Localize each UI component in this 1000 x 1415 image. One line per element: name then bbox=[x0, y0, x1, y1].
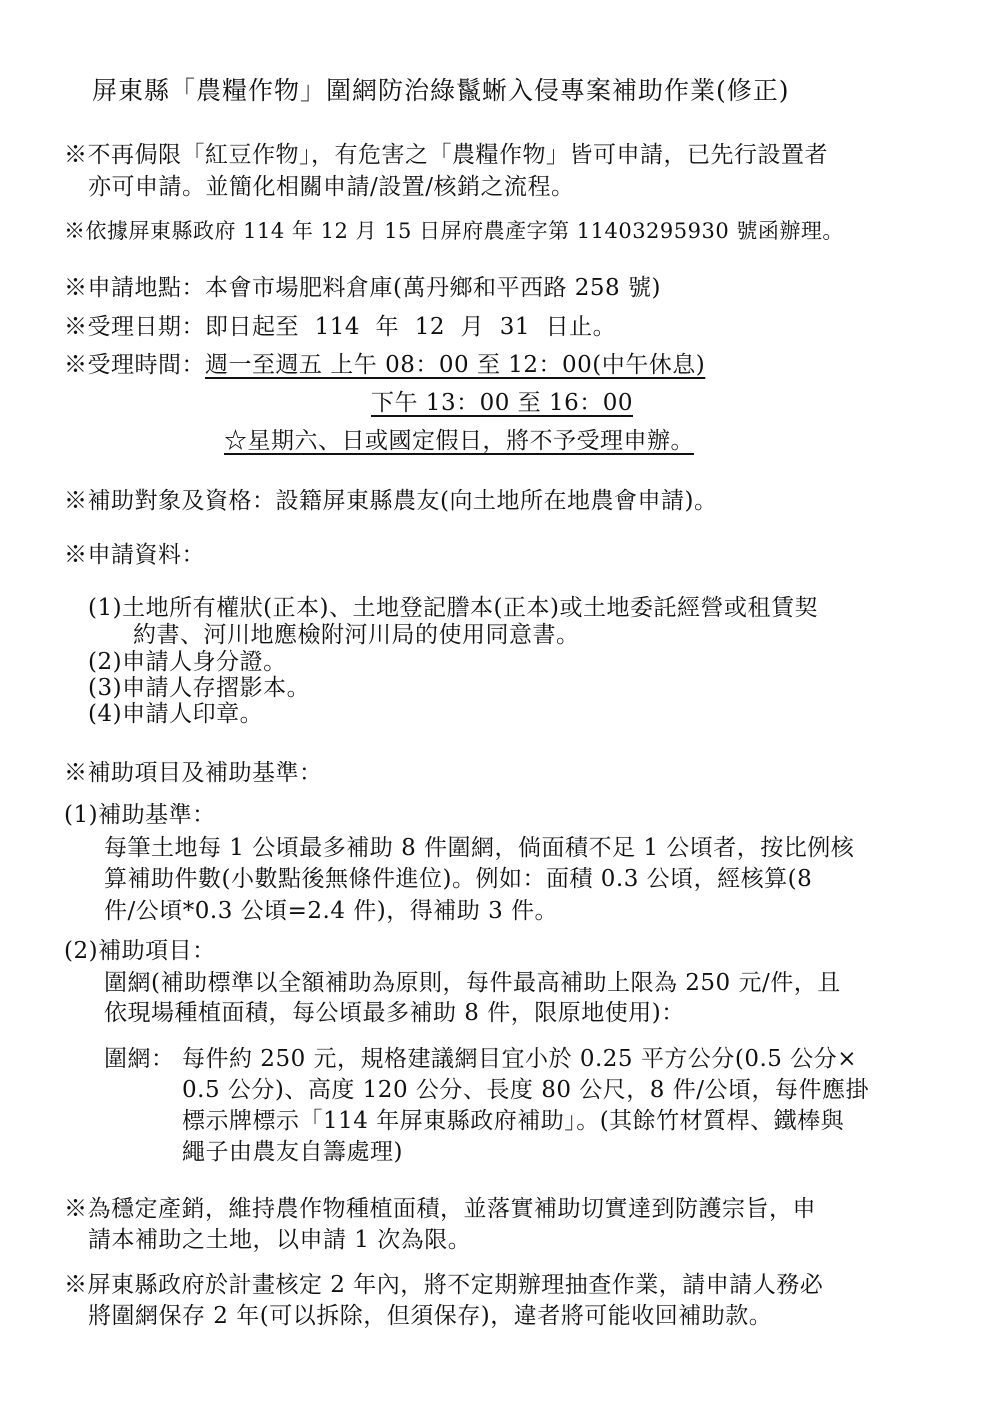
net-spec-line: 0.5 公分)、高度 120 公分、長度 80 公尺，8 件/公頃，每件應掛 bbox=[182, 1075, 869, 1105]
items-heading: (2)補助項目： bbox=[64, 936, 216, 966]
net-label: 圍網： bbox=[104, 1044, 175, 1074]
subsidy-heading: ※補助項目及補助基準： bbox=[64, 758, 323, 788]
location-value: 本會市場肥料倉庫(萬丹鄉和平西路 258 號) bbox=[205, 275, 661, 301]
closed-days-note: ☆星期六、日或國定假日，將不予受理申辦。 bbox=[224, 426, 694, 456]
basis-note: ※依據屏東縣政府 114 年 12 月 15 日屏府農產字第 114032959… bbox=[64, 216, 844, 246]
notice-inspection-cont: 將圍網保存 2 年(可以拆除，但須保存)，違者將可能收回補助款。 bbox=[88, 1301, 772, 1331]
document-item-cont: 約書、河川地應檢附河川局的使用同意書。 bbox=[133, 620, 580, 650]
net-spec-line: 每件約 250 元，規格建議網目宜小於 0.25 平方公分(0.5 公分× bbox=[182, 1044, 857, 1074]
items-line: 依現場種植面積，每公頃最多補助 8 件，限原地使用)： bbox=[104, 998, 685, 1028]
application-location: ※申請地點：本會市場肥料倉庫(萬丹鄉和平西路 258 號) bbox=[64, 273, 661, 303]
standard-line: 件/公頃*0.3 公頃=2.4 件)，得補助 3 件。 bbox=[104, 896, 558, 926]
dates-value: 即日起至 114 年 12 月 31 日止。 bbox=[205, 314, 616, 340]
notice-line: 亦可申請。並簡化相關申請/設置/核銷之流程。 bbox=[88, 172, 575, 202]
document-item: (1)土地所有權狀(正本)、土地登記謄本(正本)或土地委託經營或租賃契 bbox=[88, 593, 818, 623]
location-label: ※申請地點： bbox=[64, 275, 205, 301]
net-spec-line: 標示牌標示「114 年屏東縣政府補助」。(其餘竹材質桿、鐵棒與 bbox=[182, 1106, 844, 1136]
documents-heading: ※申請資料： bbox=[64, 540, 205, 570]
notice-inspection: ※屏東縣政府於計畫核定 2 年內，將不定期辦理抽查作業，請申請人務必 bbox=[64, 1270, 823, 1300]
eligibility: ※補助對象及資格：設籍屏東縣農友(向土地所在地農會申請)。 bbox=[64, 486, 717, 516]
dates-label: ※受理日期： bbox=[64, 314, 205, 340]
page-title: 屏東縣「農糧作物」圍網防治綠鬣蜥入侵專案補助作業(修正) bbox=[92, 76, 790, 106]
notice-once-limit-cont: 請本補助之土地，以申請 1 次為限。 bbox=[88, 1225, 471, 1255]
hours-morning: 週一至週五 上午 08：00 至 12：00(中午休息) bbox=[205, 352, 705, 378]
net-spec-line: 繩子由農友自籌處理) bbox=[182, 1137, 403, 1167]
standard-line: 算補助件數(小數點後無條件進位)。例如：面積 0.3 公頃，經核算(8 bbox=[104, 864, 812, 894]
document-item: (4)申請人印章。 bbox=[88, 699, 263, 729]
hours-label: ※受理時間： bbox=[64, 352, 205, 378]
office-hours: ※受理時間：週一至週五 上午 08：00 至 12：00(中午休息) bbox=[64, 350, 705, 380]
standard-heading: (1)補助基準： bbox=[64, 800, 216, 830]
notice-once-limit: ※為穩定產銷，維持農作物種植面積，並落實補助切實達到防護宗旨，申 bbox=[64, 1194, 816, 1224]
application-dates: ※受理日期：即日起至 114 年 12 月 31 日止。 bbox=[64, 312, 616, 342]
standard-line: 每筆土地每 1 公頃最多補助 8 件圍網，倘面積不足 1 公頃者，按比例核 bbox=[104, 833, 854, 863]
hours-afternoon: 下午 13：00 至 16：00 bbox=[371, 388, 633, 418]
items-line: 圍網(補助標準以全額補助為原則，每件最高補助上限為 250 元/件，且 bbox=[104, 968, 841, 998]
notice-line: ※不再侷限「紅豆作物」，有危害之「農糧作物」皆可申請，已先行設置者 bbox=[64, 140, 828, 170]
